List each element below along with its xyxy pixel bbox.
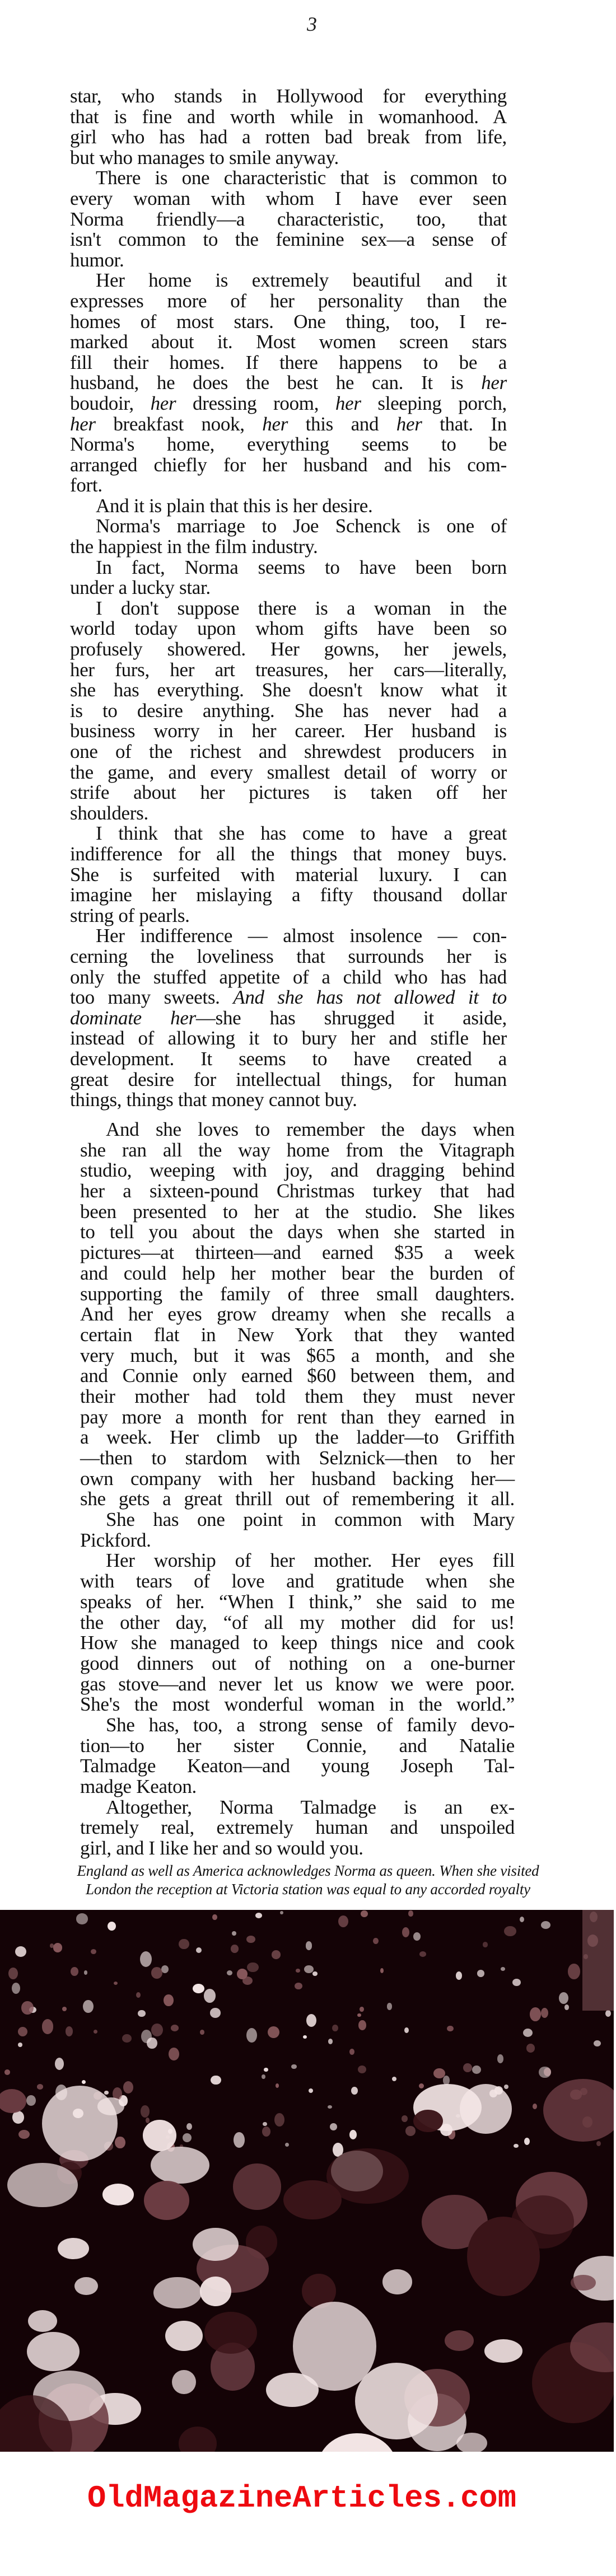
photo-highlight: [497, 2054, 504, 2063]
photo-highlight: [530, 2007, 541, 2021]
photo-highlight: [204, 1989, 216, 2003]
text-line: pictures—at thirteen—and earned $35 a we…: [80, 1243, 515, 1263]
text-line: things, things that money cannot buy.: [70, 1090, 507, 1111]
text-line: marked about it. Most women screen stars: [70, 332, 507, 353]
photo-highlight: [526, 2044, 535, 2052]
photo-highlight: [200, 2030, 204, 2035]
photo-highlight: [84, 1970, 87, 1975]
text-line: strife about her pictures is taken off h…: [70, 783, 507, 803]
photo-highlight: [262, 2127, 270, 2137]
text-line: their mother had told them they must nev…: [80, 1387, 515, 1407]
text-line: —then to stardom with Selznick—then to h…: [80, 1448, 515, 1469]
photo-highlight: [151, 2024, 163, 2036]
photo-highlight: [164, 1994, 173, 2006]
text-line: string of pearls.: [70, 906, 507, 926]
text-line: business worry in her career. Her husban…: [70, 721, 507, 742]
photo-highlight: [268, 2026, 279, 2038]
photo-highlight: [140, 1951, 152, 1968]
photo-highlight: [296, 1969, 300, 1973]
photo-highlight: [227, 1970, 232, 1975]
text-line: Norma's home, everything seems to be: [70, 434, 507, 455]
photo-hat-shape: [413, 2110, 442, 2132]
text-line: girl who has had a rotten bad break from…: [70, 127, 507, 148]
photo-hat-shape: [456, 2433, 487, 2452]
text-line: How she managed to keep things nice and …: [80, 1633, 515, 1654]
text-line: indifference for all the things that mon…: [70, 844, 507, 865]
photo-highlight: [276, 2083, 279, 2088]
text-line: isn't common to the feminine sex—a sense…: [70, 230, 507, 250]
text-line: cerning the loveliness that surrounds he…: [70, 947, 507, 967]
photo-highlight: [463, 2063, 472, 2072]
photo-hat-shape: [165, 2321, 203, 2351]
text-line: very much, but it was $65 a month, and s…: [80, 1346, 515, 1366]
photo-highlight: [303, 2035, 307, 2039]
text-line: but who manages to smile anyway.: [70, 148, 507, 168]
text-line: expresses more of her personality than t…: [70, 291, 507, 312]
photo-highlight: [387, 2003, 393, 2010]
photo-highlight: [472, 2066, 481, 2074]
photo-highlight: [255, 1913, 262, 1918]
text-line: pay more a month for rent than they earn…: [80, 1407, 515, 1428]
text-line: I don't suppose there is a woman in the: [70, 598, 507, 619]
photo-highlight: [91, 1949, 96, 1954]
photo-highlight: [291, 2064, 297, 2069]
photo-highlight: [141, 2030, 152, 2043]
photo-hat-shape: [42, 2086, 118, 2161]
text-line: great desire for intellectual things, fo…: [70, 1070, 507, 1090]
photo-highlight: [477, 1970, 484, 1977]
photo-highlight: [351, 2087, 358, 2095]
text-line: supporting the family of three small dau…: [80, 1284, 515, 1305]
text-line: boudoir, her dressing room, her sleeping…: [70, 394, 507, 414]
photo-highlight: [419, 2083, 424, 2089]
photo-highlight: [232, 1931, 236, 1936]
photo-highlight: [8, 1968, 18, 1979]
text-line: I think that she has come to have a grea…: [70, 823, 507, 844]
text-line: Her worship of her mother. Her eyes fill: [80, 1551, 515, 1571]
text-line: Her indifference — almost insolence — co…: [70, 926, 507, 947]
photo-hat-shape: [172, 2370, 196, 2394]
photo-highlight: [21, 2001, 33, 2015]
text-line: shoulders.: [70, 803, 507, 824]
text-line: one of the richest and shrewdest produce…: [70, 742, 507, 762]
photo-highlight: [18, 2027, 28, 2036]
photo-hat-shape: [58, 2238, 88, 2259]
text-line: world today upon whom gifts have been so: [70, 619, 507, 639]
photo-hat-shape: [543, 2079, 614, 2142]
photo-highlight: [37, 2084, 43, 2089]
text-line: the other day, “of all my mother did for…: [80, 1613, 515, 1633]
text-line: she has everything. She doesn't know wha…: [70, 680, 507, 701]
photo-highlight: [171, 2025, 179, 2031]
photo-hat-shape: [28, 2310, 57, 2332]
text-line: imagine her mislaying a fifty thousand d…: [70, 885, 507, 906]
article-column-part-1: star, who stands in Hollywood for everyt…: [70, 86, 507, 1111]
text-line: fill their homes. If there happens to be…: [70, 353, 507, 373]
photo-hat-shape: [571, 2275, 595, 2290]
photo-highlight: [53, 1943, 62, 1952]
text-line: gas stove—and never let us know we were …: [80, 1674, 515, 1695]
photo-hat-shape: [153, 2277, 202, 2309]
photo-highlight: [211, 2076, 221, 2085]
photo-highlight: [26, 2095, 36, 2106]
photo-highlight: [447, 2026, 454, 2032]
crowd-photo: [0, 1910, 614, 2452]
photo-highlight: [306, 1941, 312, 1950]
photo-highlight: [138, 2010, 145, 2017]
site-watermark-link[interactable]: OldMagazineArticles.com: [87, 2481, 516, 2516]
photo-highlight: [262, 2074, 265, 2079]
text-line: speaks of her. “When I think,” she said …: [80, 1592, 515, 1613]
text-line: her furs, her art treasures, her cars—li…: [70, 660, 507, 681]
text-line: fort.: [70, 475, 507, 496]
photo-highlight: [402, 1927, 409, 1937]
photo-highlight: [373, 1938, 379, 1944]
text-line: she ran all the way home from the Vitagr…: [80, 1140, 515, 1161]
photo-hat-shape: [102, 2184, 134, 2205]
text-line: to tell you about the days when she star…: [80, 1222, 515, 1243]
text-line: And she loves to remember the days when: [80, 1120, 515, 1140]
photo-highlight: [280, 1911, 283, 1915]
photo-hat-shape: [179, 2427, 217, 2452]
photo-highlight: [141, 2105, 150, 2118]
photo-highlight: [196, 1947, 202, 1954]
photo-highlight: [392, 2077, 396, 2081]
text-line: certain flat in New York that they wante…: [80, 1325, 515, 1346]
photo-highlight: [114, 1982, 118, 1985]
photo-highlight: [413, 1932, 421, 1941]
text-line: Norma's marriage to Joe Schenck is one o…: [70, 516, 507, 537]
photo-highlight: [358, 2020, 366, 2030]
text-line: is to desire anything. She has never had…: [70, 701, 507, 722]
photo-hat-shape: [233, 2163, 281, 2210]
text-line: her breakfast nook, her this and her tha…: [70, 414, 507, 435]
photo-highlight: [596, 2141, 601, 2146]
photo-highlight: [76, 1913, 88, 1924]
photo-highlight: [594, 2040, 601, 2046]
photo-highlight: [514, 2144, 519, 2148]
photo-highlight: [349, 2130, 357, 2140]
page-number: 3: [307, 12, 317, 36]
photo-hat-shape: [467, 2217, 540, 2296]
text-line: In fact, Norma seems to have been born: [70, 558, 507, 578]
photo-highlight: [568, 1964, 580, 1979]
photo-highlight: [123, 2081, 133, 2093]
photo-hat-shape: [355, 2363, 438, 2439]
photo-highlight: [419, 1951, 426, 1957]
photo-highlight: [330, 2123, 337, 2130]
photo-highlight: [55, 2058, 64, 2070]
photo-hat-shape: [484, 2339, 523, 2363]
photo-highlight: [136, 1992, 141, 1998]
photo-hat-shape: [74, 2277, 98, 2295]
text-line: with tears of love and gratitude when sh…: [80, 1571, 515, 1592]
text-line: There is one characteristic that is comm…: [70, 168, 507, 189]
photo-highlight: [4, 2069, 11, 2075]
text-line: arranged chiefly for her husband and his…: [70, 455, 507, 476]
photo-pillar: [582, 1910, 614, 2011]
photo-hat-shape: [144, 2181, 189, 2219]
text-line: and could help her mother bear the burde…: [80, 1263, 515, 1284]
text-line: only the stuffed appetite of a child who…: [70, 967, 507, 988]
text-line: instead of allowing it to bury her and s…: [70, 1028, 507, 1049]
photo-highlight: [246, 1936, 255, 1943]
photo-highlight: [504, 2085, 508, 2089]
photo-caption-line-2: London the reception at Victoria station…: [0, 1880, 616, 1899]
text-line: development. It seems to have created a: [70, 1049, 507, 1070]
photo-highlight: [360, 2007, 363, 2012]
photo-highlight: [212, 1914, 217, 1920]
photo-highlight: [15, 1946, 26, 1957]
text-line: Pickford.: [80, 1530, 515, 1551]
photo-highlight: [193, 1984, 204, 1993]
text-line: every woman with whom I have ever seen: [70, 189, 507, 209]
photo-caption: England as well as America acknowledges …: [0, 1862, 616, 1899]
text-line: the happiest in the film industry.: [70, 537, 507, 558]
text-line: And her eyes grow dreamy when she recall…: [80, 1304, 515, 1325]
text-line: been presented to her at the studio. She…: [80, 1202, 515, 1223]
text-line: tion—to her sister Connie, and Natalie: [80, 1736, 515, 1757]
photo-highlight: [94, 2030, 97, 2034]
text-line: madge Keaton.: [80, 1777, 515, 1797]
text-line: tremely real, extremely human and unspoi…: [80, 1818, 515, 1838]
photo-hat-shape: [0, 2089, 26, 2113]
text-line: profusely showered. Her gowns, her jewel…: [70, 639, 507, 660]
text-line: the game, and every smallest detail of w…: [70, 762, 507, 783]
photo-hat-shape: [283, 2180, 342, 2219]
photo-highlight: [309, 2088, 313, 2093]
photo-highlight: [405, 2126, 416, 2136]
photo-highlight: [115, 2137, 125, 2149]
text-line: dominate her—she has shrugged it aside,: [70, 1008, 507, 1029]
photo-highlight: [501, 1967, 505, 1970]
photo-highlight: [512, 1979, 521, 1987]
photo-highlight: [328, 2105, 332, 2109]
photo-highlight: [246, 2028, 257, 2043]
photo-highlight: [66, 2026, 73, 2036]
photo-highlight: [541, 2008, 548, 2018]
text-line: And it is plain that this is her desire.: [70, 496, 507, 517]
text-line: Her home is extremely beautiful and it: [70, 270, 507, 291]
article-column-part-2: And she loves to remember the days whens…: [80, 1120, 515, 1859]
text-line: too many sweets. And she has not allowed…: [70, 987, 507, 1008]
photo-highlight: [380, 1968, 384, 1973]
text-line: own company with her husband backing her…: [80, 1469, 515, 1490]
photo-highlight: [18, 2043, 22, 2047]
photo-highlight: [559, 1992, 568, 2004]
photo-highlight: [169, 2048, 179, 2060]
photo-highlight: [523, 2029, 533, 2037]
photo-highlight: [83, 2000, 93, 2013]
photo-highlight: [357, 2013, 361, 2017]
text-line: girl, and I like her and so would you.: [80, 1838, 515, 1859]
text-line: homes of most stars. One thing, too, I r…: [70, 312, 507, 332]
photo-highlight: [605, 2010, 611, 2017]
photo-highlight: [338, 1915, 348, 1927]
photo-highlight: [210, 2008, 221, 2017]
photo-highlight: [349, 2049, 354, 2055]
text-line: and Connie only earned $60 between them,…: [80, 1366, 515, 1387]
photo-highlight: [71, 1967, 78, 1976]
photo-highlight: [312, 1971, 317, 1976]
photo-hat-shape: [204, 2312, 257, 2354]
photo-highlight: [533, 2104, 537, 2109]
photo-highlight: [332, 2025, 338, 2031]
photo-highlight: [295, 1983, 302, 1989]
photo-highlight: [408, 1910, 413, 1916]
photo-highlight: [104, 2091, 109, 2094]
photo-hat-shape: [151, 2147, 209, 2184]
text-line: She's the most wonderful woman in the wo…: [80, 1694, 515, 1715]
photo-highlight: [433, 2068, 445, 2078]
photo-highlight: [285, 2143, 289, 2147]
photo-highlight: [304, 1965, 314, 1973]
photo-highlight: [247, 1963, 258, 1973]
text-line: humor.: [70, 250, 507, 271]
photo-hat-shape: [7, 2163, 78, 2207]
photo-highlight: [358, 2066, 366, 2073]
photo-highlight: [328, 2039, 333, 2044]
photo-hat-shape: [382, 2269, 412, 2294]
photo-caption-line-1: England as well as America acknowledges …: [0, 1862, 616, 1880]
text-line: that is fine and worth while in womanhoo…: [70, 107, 507, 128]
text-line: husband, he does the best he can. It is …: [70, 373, 507, 394]
photo-highlight: [82, 2080, 86, 2084]
text-line: Talmadge Keaton—and young Joseph Tal-: [80, 1756, 515, 1777]
photo-highlight: [234, 2132, 245, 2148]
photo-highlight: [539, 2067, 550, 2078]
text-line: Altogether, Norma Talmadge is an ex-: [80, 1797, 515, 1818]
text-line: studio, weeping with joy, and dragging b…: [80, 1160, 515, 1181]
photo-highlight: [62, 2007, 67, 2011]
photo-highlight: [237, 1969, 248, 1979]
photo-highlight: [42, 2019, 54, 2034]
photo-highlight: [231, 1945, 239, 1952]
photo-highlight: [272, 1950, 281, 1959]
photo-highlight: [12, 1983, 20, 1994]
photo-highlight: [151, 1967, 162, 1978]
photo-hat-shape: [193, 2228, 238, 2261]
text-line: she gets a great thrill out of rememberi…: [80, 1489, 515, 1510]
photo-highlight: [483, 1942, 488, 1947]
photo-highlight: [402, 2115, 408, 2122]
text-line: She is surfeited with material luxury. I…: [70, 865, 507, 886]
photo-highlight: [18, 2130, 30, 2139]
photo-highlight: [263, 2122, 267, 2127]
photo-hat-shape: [293, 2302, 376, 2391]
photo-hat-shape: [200, 2277, 232, 2306]
text-line: star, who stands in Hollywood for everyt…: [70, 86, 507, 107]
photo-highlight: [306, 2014, 316, 2027]
photo-highlight: [456, 1971, 463, 1980]
photo-highlight: [504, 1926, 516, 1936]
photo-highlight: [183, 2133, 192, 2142]
photo-highlight: [524, 2138, 530, 2145]
photo-highlight: [541, 1921, 550, 1929]
text-line: under a lucky star.: [70, 578, 507, 598]
text-line: her a sixteen-pound Christmas turkey tha…: [80, 1181, 515, 1202]
text-line: good dinners out of nothing on a one-bur…: [80, 1654, 515, 1674]
text-line: She has, too, a strong sense of family d…: [80, 1715, 515, 1736]
text-line: Norma friendly—a characteristic, too, th…: [70, 209, 507, 230]
photo-hat-shape: [445, 2330, 474, 2351]
photo-highlight: [179, 1939, 189, 1949]
photo-highlight: [564, 2004, 569, 2010]
photo-highlight: [361, 1910, 367, 1917]
photo-highlight: [122, 2034, 132, 2043]
photo-highlight: [108, 1922, 116, 1931]
photo-highlight: [264, 2068, 268, 2072]
photo-hat-shape: [143, 2120, 177, 2151]
text-line: She has one point in common with Mary: [80, 1510, 515, 1530]
photo-highlight: [404, 2027, 409, 2034]
text-line: a week. Her climb up the ladder—to Griff…: [80, 1427, 515, 1448]
photo-highlight: [274, 2113, 284, 2127]
photo-hat-shape: [27, 2332, 80, 2371]
photo-highlight: [186, 2123, 192, 2130]
photo-highlight: [520, 1917, 524, 1922]
